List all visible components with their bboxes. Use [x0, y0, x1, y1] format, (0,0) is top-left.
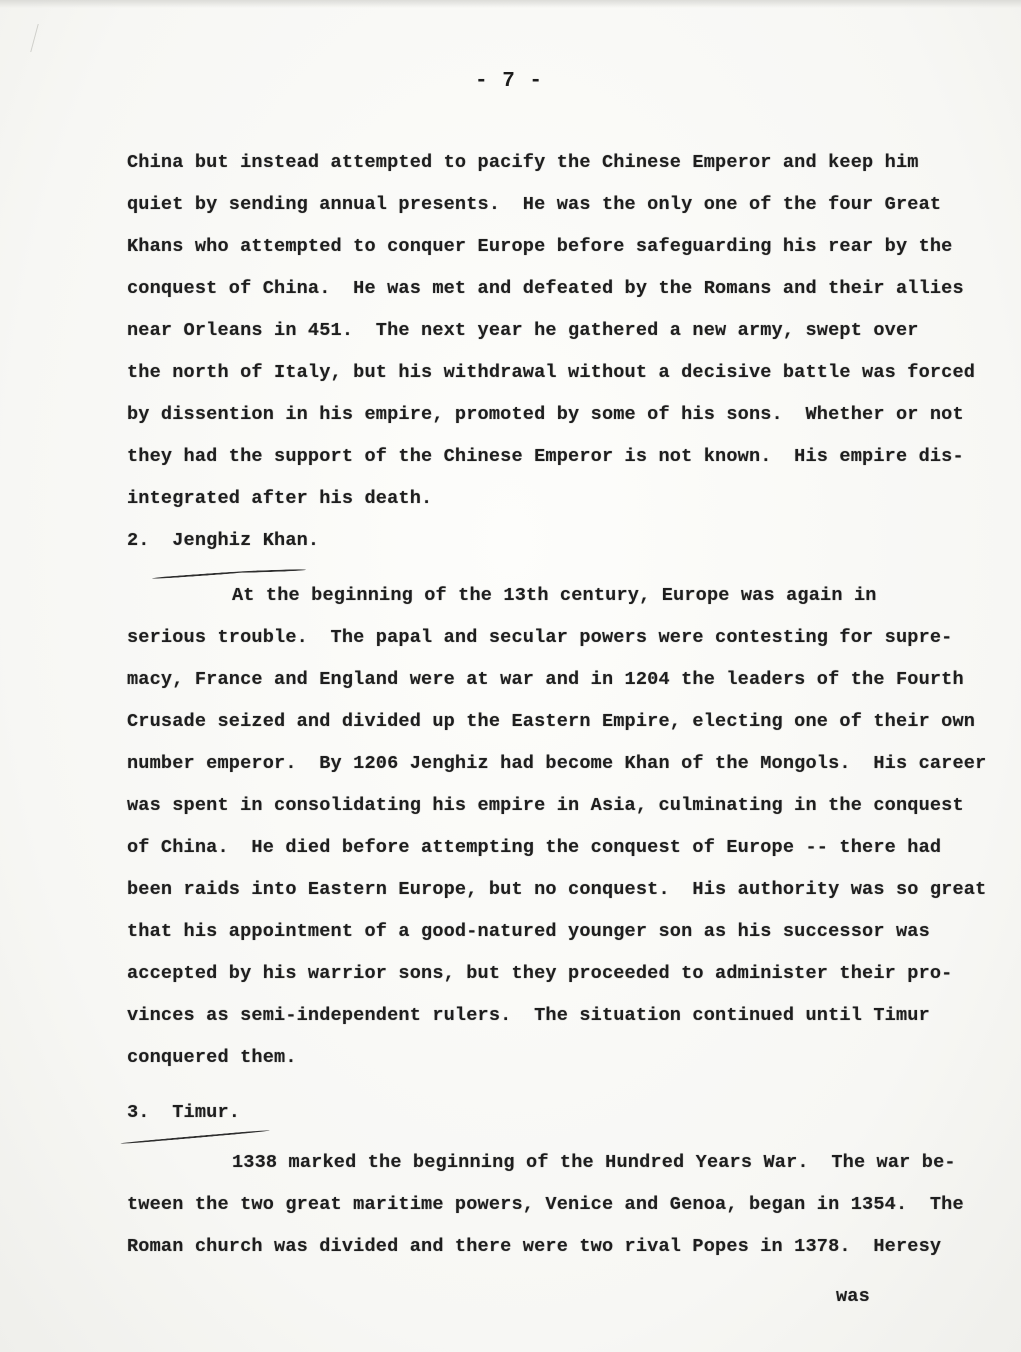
text-line: that his appointment of a good-natured y… [127, 921, 930, 942]
handwritten-underline [236, 569, 306, 573]
document-page: - 7 - China but instead attempted to pac… [0, 0, 1021, 1352]
text-line: been raids into Eastern Europe, but no c… [127, 879, 986, 900]
text-line: Crusade seized and divided up the Easter… [127, 711, 975, 732]
text-line: the north of Italy, but his withdrawal w… [127, 362, 975, 383]
pencil-mark [30, 24, 57, 52]
handwritten-underline [152, 571, 248, 580]
text-line: macy, France and England were at war and… [127, 669, 964, 690]
handwritten-underline [120, 1129, 270, 1144]
text-line: they had the support of the Chinese Empe… [127, 446, 964, 467]
text-line: Roman church was divided and there were … [127, 1236, 941, 1257]
text-line: integrated after his death. [127, 488, 432, 509]
text-line: conquered them. [127, 1047, 297, 1068]
text-line: At the beginning of the 13th century, Eu… [232, 585, 877, 606]
paper-edge-shadow [0, 0, 1021, 8]
section-heading-timur: 3. Timur. [127, 1102, 240, 1123]
catchword: was [836, 1286, 870, 1307]
text-line: tween the two great maritime powers, Ven… [127, 1194, 964, 1215]
text-line: vinces as semi-independent rulers. The s… [127, 1005, 930, 1026]
text-line: conquest of China. He was met and defeat… [127, 278, 964, 299]
page-number: - 7 - [475, 70, 543, 93]
text-line: 1338 marked the beginning of the Hundred… [232, 1152, 956, 1173]
text-line: China but instead attempted to pacify th… [127, 152, 919, 173]
text-line: near Orleans in 451. The next year he ga… [127, 320, 919, 341]
section-heading-jenghiz-khan: 2. Jenghiz Khan. [127, 530, 319, 551]
text-line: of China. He died before attempting the … [127, 837, 941, 858]
text-line: by dissention in his empire, promoted by… [127, 404, 964, 425]
text-line: quiet by sending annual presents. He was… [127, 194, 941, 215]
text-line: was spent in consolidating his empire in… [127, 795, 964, 816]
text-line: serious trouble. The papal and secular p… [127, 627, 953, 648]
text-line: number emperor. By 1206 Jenghiz had beco… [127, 753, 986, 774]
text-line: Khans who attempted to conquer Europe be… [127, 236, 953, 257]
text-line: accepted by his warrior sons, but they p… [127, 963, 953, 984]
